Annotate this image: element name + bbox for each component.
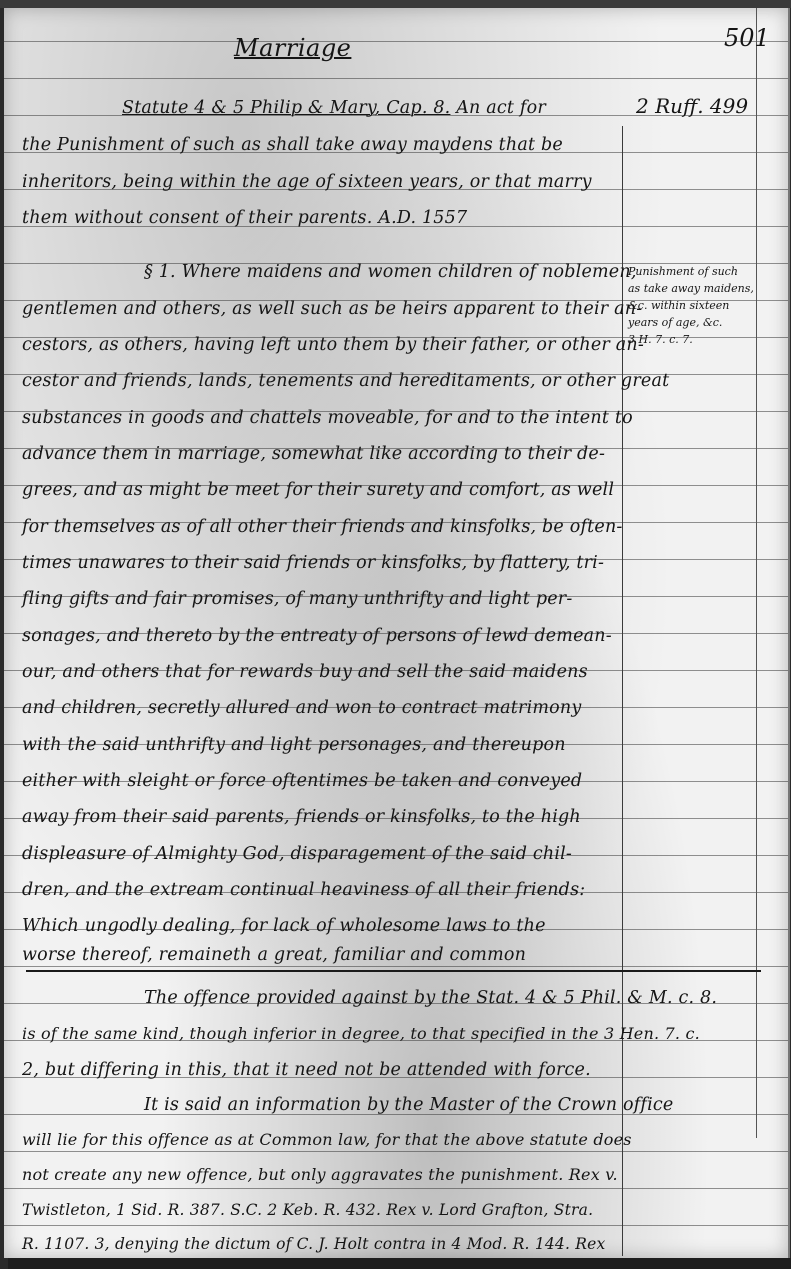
scan-bottom-edge bbox=[8, 1258, 791, 1269]
page-heading: Marriage bbox=[234, 34, 351, 62]
section-1-line-4: cestor and friends, lands, tenements and… bbox=[22, 369, 622, 393]
intro-line-1: the Punishment of such as shall take awa… bbox=[22, 133, 622, 157]
intro-line-3: them without consent of their parents. A… bbox=[22, 206, 622, 230]
section-1-line-10: fling gifts and fair promises, of many u… bbox=[22, 587, 622, 611]
commentary-line-5: will lie for this offence as at Common l… bbox=[22, 1128, 772, 1152]
section-1-line-7: grees, and as might be meet for their su… bbox=[22, 478, 622, 502]
section-1-line-19: Which ungodly dealing, for lack of whole… bbox=[22, 914, 622, 938]
section-1-line-15: either with sleight or force oftentimes … bbox=[22, 769, 622, 793]
section-1-line-8: for themselves as of all other their fri… bbox=[22, 515, 622, 539]
scan-top-edge bbox=[0, 0, 791, 8]
section-divider bbox=[26, 970, 761, 972]
section-1-line-13: and children, secretly allured and won t… bbox=[22, 696, 622, 720]
section-1-line-18: dren, and the extream continual heavines… bbox=[22, 878, 622, 902]
marginal-note-line-4: years of age, &c. bbox=[628, 314, 756, 331]
section-1-line-9: times unawares to their said friends or … bbox=[22, 551, 622, 575]
statute-title-line: Statute 4 & 5 Philip & Mary, Cap. 8. An … bbox=[122, 96, 622, 120]
commentary-line-2: is of the same kind, though inferior in … bbox=[22, 1022, 772, 1046]
section-1-line-5: substances in goods and chattels moveabl… bbox=[22, 406, 622, 430]
commentary-line-8: R. 1107. 3, denying the dictum of C. J. … bbox=[22, 1232, 772, 1256]
margin-reference: 2 Ruff. 499 bbox=[636, 94, 748, 118]
inner-margin-rule bbox=[622, 126, 623, 1256]
statute-title: Statute 4 & 5 Philip & Mary, Cap. 8. bbox=[122, 98, 450, 118]
page-number: 501 bbox=[724, 24, 770, 52]
marginal-note-line-1: Punishment of such bbox=[628, 263, 756, 280]
intro-line-2: inheritors, being within the age of sixt… bbox=[22, 170, 622, 194]
section-1-line-20: worse thereof, remaineth a great, famili… bbox=[22, 943, 622, 967]
section-1-line-2: gentlemen and others, as well such as be… bbox=[22, 297, 622, 321]
commentary-line-1: The offence provided against by the Stat… bbox=[144, 986, 764, 1010]
section-1-line-16: away from their said parents, friends or… bbox=[22, 805, 622, 829]
commentary-line-4: It is said an information by the Master … bbox=[144, 1093, 764, 1117]
section-1-line-14: with the said unthrifty and light person… bbox=[22, 733, 622, 757]
section-1-line-1: § 1. Where maidens and women children of… bbox=[144, 260, 624, 284]
commentary-line-3: 2, but differing in this, that it need n… bbox=[22, 1058, 772, 1082]
outer-margin-rule bbox=[756, 8, 757, 1138]
section-1-line-3: cestors, as others, having left unto the… bbox=[22, 333, 622, 357]
manuscript-page: 501 Marriage Statute 4 & 5 Philip & Mary… bbox=[4, 8, 790, 1258]
section-1-line-17: displeasure of Almighty God, disparageme… bbox=[22, 842, 622, 866]
section-1-line-6: advance them in marriage, somewhat like … bbox=[22, 442, 622, 466]
marginal-note: Punishment of such as take away maidens,… bbox=[628, 263, 756, 348]
section-1-line-11: sonages, and thereto by the entreaty of … bbox=[22, 624, 622, 648]
section-1-line-12: our, and others that for rewards buy and… bbox=[22, 660, 622, 684]
marginal-note-line-2: as take away maidens, bbox=[628, 280, 756, 297]
marginal-note-line-5: 3 H. 7. c. 7. bbox=[628, 331, 756, 348]
commentary-line-6: not create any new offence, but only agg… bbox=[22, 1163, 772, 1187]
commentary-line-7: Twistleton, 1 Sid. R. 387. S.C. 2 Keb. R… bbox=[22, 1198, 772, 1222]
marginal-note-line-3: &c. within sixteen bbox=[628, 297, 756, 314]
statute-title-continuation: An act for bbox=[456, 98, 546, 118]
